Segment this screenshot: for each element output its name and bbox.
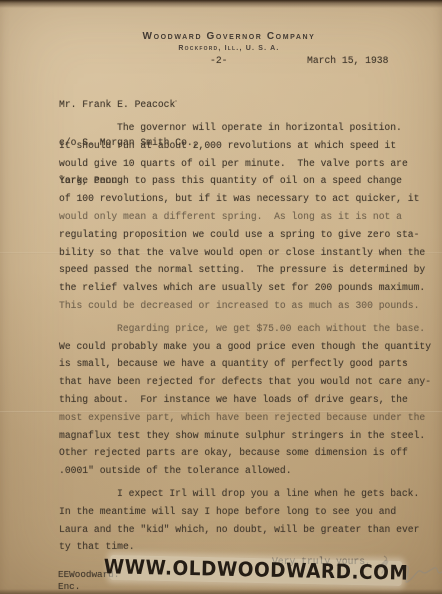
paragraph: Regarding price, we get $75.00 each with… [59,320,437,480]
ink-speck [96,438,98,439]
body-line: thing about. For instance we have loads … [59,391,437,409]
letter-date: March 15, 1938 [307,55,388,66]
body-line: It should run at about 2,000 revolutions… [59,137,437,155]
photo-top-edge [0,0,442,8]
enclosure-note: Enc. [58,581,80,592]
body-line: would give 10 quarts of oil per minute. … [59,155,437,173]
body-line: Regarding price, we get $75.00 each with… [59,320,437,338]
body-line: Other rejected parts are okay, because s… [59,444,437,462]
body-line: I expect Irl will drop you a line when h… [59,485,437,503]
body-line: bility so that the valve would open or c… [59,244,437,262]
body-line: that have been rejected for defects that… [59,373,437,391]
body-line: regulating proposition we could use a sp… [59,226,437,244]
body-line: of 100 revolutions, but if it was necess… [59,190,437,208]
company-name: Woodward Governor Company [143,31,316,42]
body-line: In the meantime will say I hope before l… [59,503,437,521]
watermark-strip: WWW.OLDWOODWARD.COM [110,555,402,586]
paragraph: I expect Irl will drop you a line when h… [59,485,437,556]
letterhead: Woodward Governor Company Rockford, Ill.… [143,31,316,52]
ink-speck [175,100,177,102]
body-line: magnaflux test they show minute sulphur … [59,427,437,445]
company-location: Rockford, Ill., U. S. A. [143,45,316,52]
body-line: large enough to pass this quantity of oi… [59,172,437,190]
letter-page: Woodward Governor Company Rockford, Ill.… [0,0,442,594]
body-line: .0001" outside of the tolerance allowed. [59,462,437,480]
ink-speck [404,361,406,363]
body-line: is small, because we have a quantity of … [59,355,437,373]
body-line: Laura and the "kid" which, no doubt, wil… [59,521,437,539]
body-line: The governor will operate in horizontal … [59,119,437,137]
recipient-name: Mr. Frank E. Peacock [59,99,199,112]
body-line: most expensive part, which have been rej… [59,409,437,427]
body-line: the relief valves which are usually set … [59,279,437,297]
watermark-text: WWW.OLDWOODWARD.COM [104,556,409,585]
body-line: speed passed the normal setting. The pre… [59,261,437,279]
body-line: This could be decreased or increased to … [59,297,437,315]
body-line: We could probably make you a good price … [59,338,437,356]
body-line: would only mean a different spring. As l… [59,208,437,226]
letter-body: The governor will operate in horizontal … [59,119,437,561]
page-number: -2- [210,55,227,66]
paragraph: The governor will operate in horizontal … [59,119,437,315]
